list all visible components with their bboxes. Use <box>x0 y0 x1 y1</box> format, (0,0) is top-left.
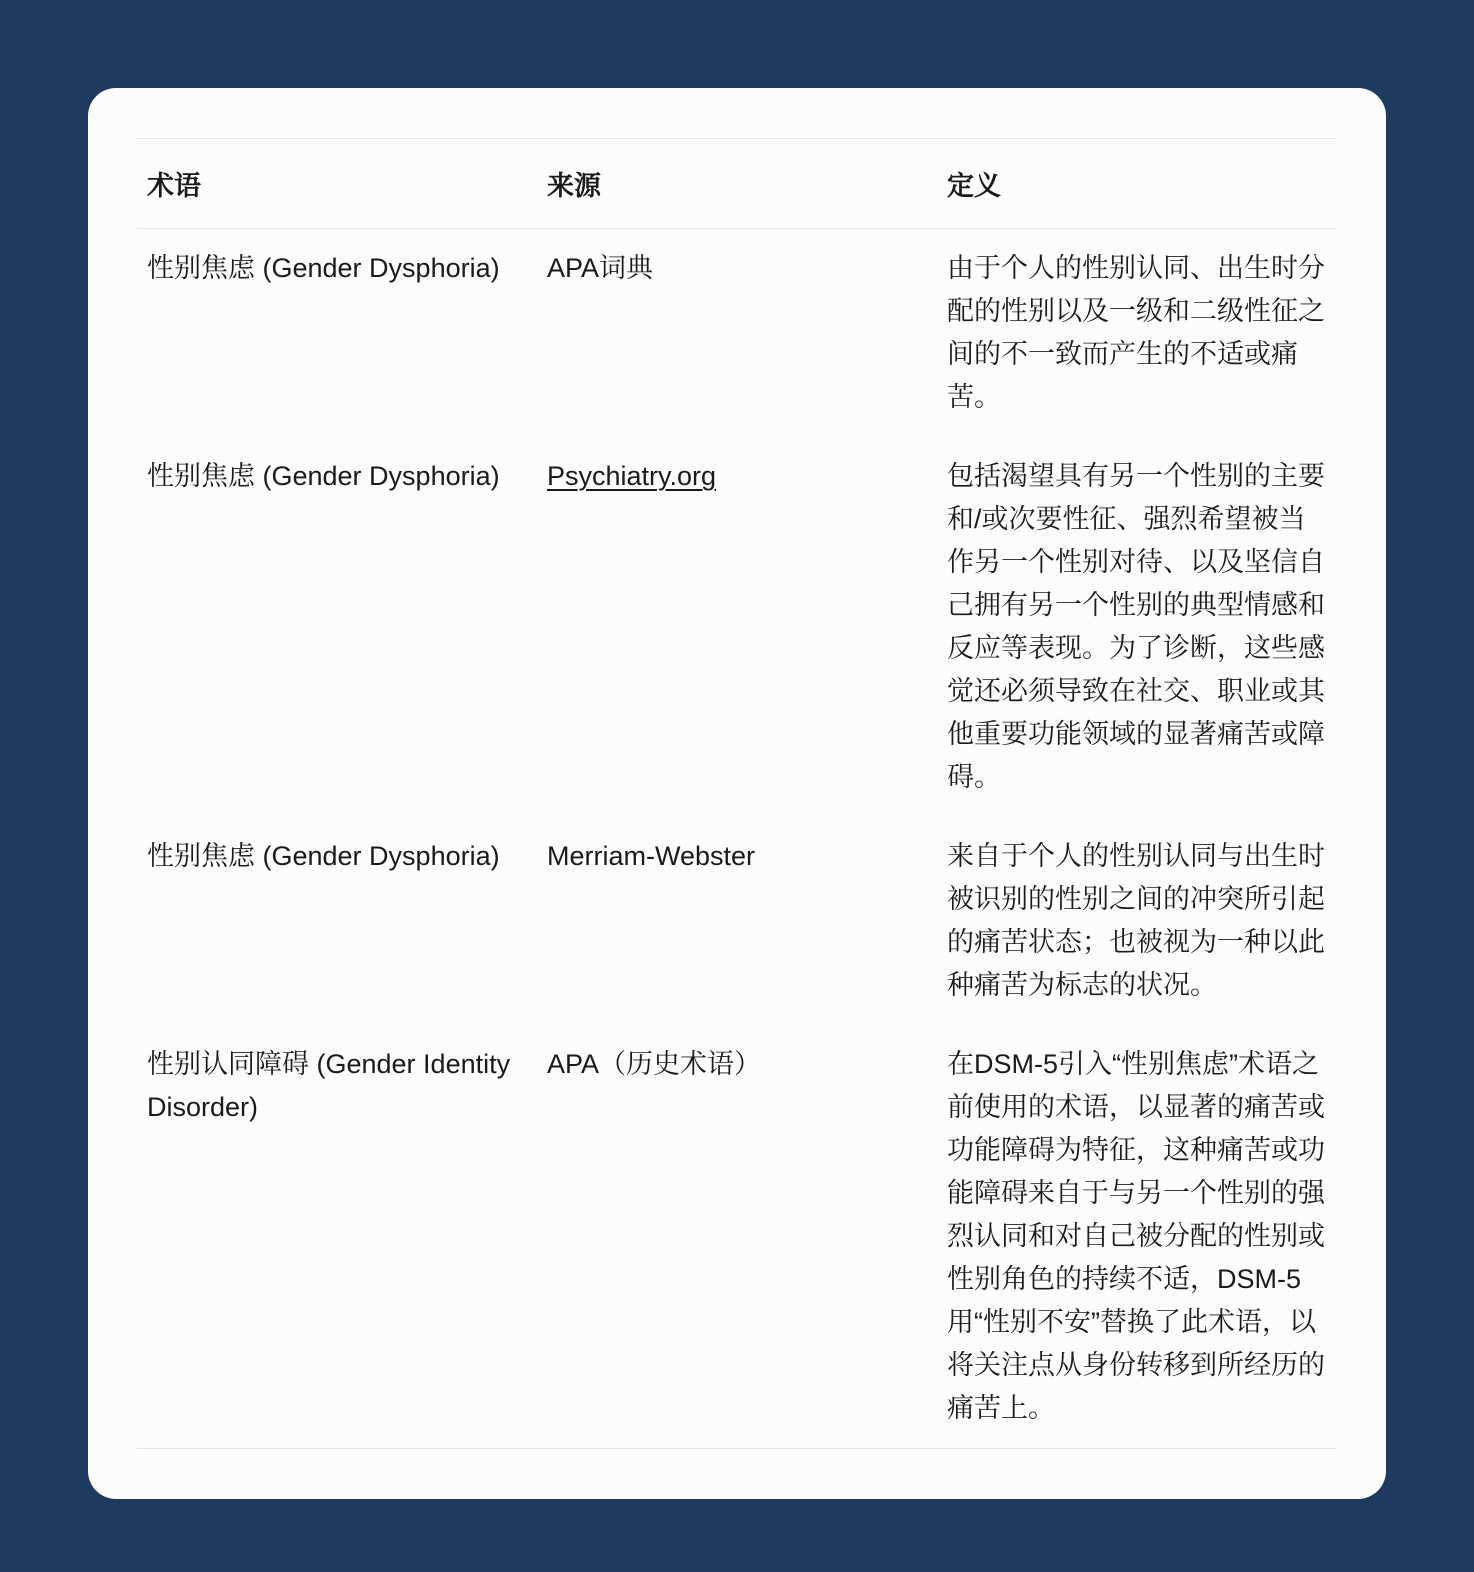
source-cell: APA词典 <box>537 229 937 438</box>
source-cell: APA（历史术语） <box>537 1025 937 1449</box>
definition-cell: 在DSM-5引入“性别焦虑”术语之前使用的术语，以显著的痛苦或功能障碍为特征，这… <box>937 1025 1337 1449</box>
definition-cell: 由于个人的性别认同、出生时分配的性别以及一级和二级性征之间的不一致而产生的不适或… <box>937 229 1337 438</box>
table-row: 性别焦虑 (Gender Dysphoria) APA词典 由于个人的性别认同、… <box>137 229 1337 438</box>
column-header-source: 来源 <box>537 139 937 229</box>
column-header-term: 术语 <box>137 139 537 229</box>
term-cell: 性别焦虑 (Gender Dysphoria) <box>137 437 537 817</box>
table-row: 性别认同障碍 (Gender Identity Disorder) APA（历史… <box>137 1025 1337 1449</box>
definition-cell: 来自于个人的性别认同与出生时被识别的性别之间的冲突所引起的痛苦状态；也被视为一种… <box>937 817 1337 1025</box>
term-cell: 性别认同障碍 (Gender Identity Disorder) <box>137 1025 537 1449</box>
content-card: 术语 来源 定义 性别焦虑 (Gender Dysphoria) APA词典 由… <box>88 88 1386 1499</box>
table-row: 性别焦虑 (Gender Dysphoria) Merriam-Webster … <box>137 817 1337 1025</box>
source-cell: Psychiatry.org <box>537 437 937 817</box>
column-header-definition: 定义 <box>937 139 1337 229</box>
definition-cell: 包括渴望具有另一个性别的主要和/或次要性征、强烈希望被当作另一个性别对待、以及坚… <box>937 437 1337 817</box>
psychiatry-org-link[interactable]: Psychiatry.org <box>547 461 716 491</box>
table-header-row: 术语 来源 定义 <box>137 139 1337 229</box>
page-background: { "colors": { "background": "#1E3A5F", "… <box>0 0 1474 1572</box>
term-cell: 性别焦虑 (Gender Dysphoria) <box>137 229 537 438</box>
term-cell: 性别焦虑 (Gender Dysphoria) <box>137 817 537 1025</box>
glossary-table: 术语 来源 定义 性别焦虑 (Gender Dysphoria) APA词典 由… <box>137 138 1337 1449</box>
table-row: 性别焦虑 (Gender Dysphoria) Psychiatry.org 包… <box>137 437 1337 817</box>
source-cell: Merriam-Webster <box>537 817 937 1025</box>
